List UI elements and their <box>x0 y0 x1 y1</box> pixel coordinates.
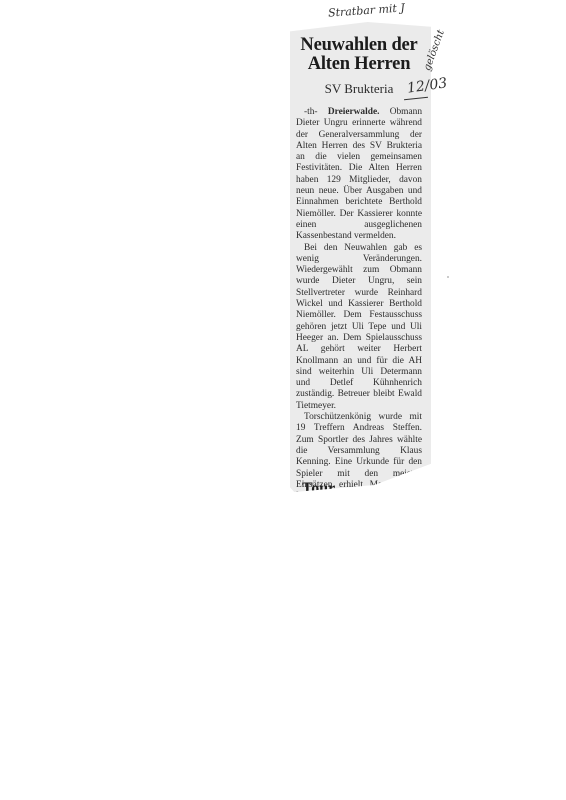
article-headline: Neuwahlen der Alten Herren <box>296 36 422 74</box>
paragraph-text: Obmann Dieter Ungru erinnerte während de… <box>296 107 422 241</box>
article-body: -th- Dreierwalde. Obmann Dieter Ungru er… <box>296 107 422 559</box>
article-subheadline: SV Brukteria <box>296 81 422 97</box>
next-article-headline-fragment: Tour... <box>302 480 346 491</box>
headline-line-1: Neuwahlen der <box>296 36 422 55</box>
author-tag: -th- <box>304 107 318 117</box>
article: Neuwahlen der Alten Herren SV Brukteria … <box>296 22 422 559</box>
dateline: Dreierwalde. <box>328 107 380 117</box>
headline-line-2: Alten Herren <box>296 55 422 74</box>
article-paragraph: Bei den Neuwahlen gab es wenig Veränderu… <box>296 243 422 412</box>
article-paragraph: -th- Dreierwalde. Obmann Dieter Ungru er… <box>296 107 422 243</box>
handwritten-note-top: Stratbar mit J <box>328 1 406 19</box>
scan-speck <box>447 276 449 278</box>
